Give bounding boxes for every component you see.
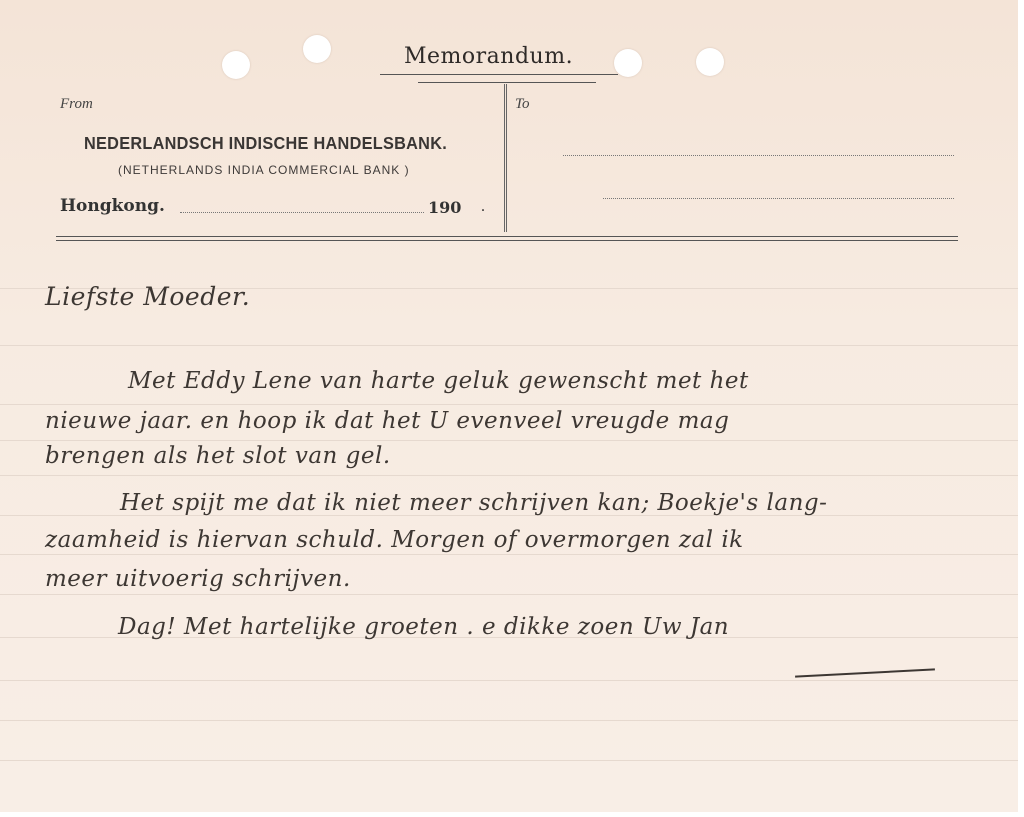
scan-edge — [0, 812, 1024, 817]
memo-title: Memorandum. — [404, 44, 573, 69]
ruled-line — [0, 475, 1018, 476]
to-address-line — [563, 155, 954, 156]
punch-hole — [614, 49, 642, 77]
letter-line: Met Eddy Lene van harte geluk gewenscht … — [128, 368, 749, 394]
punch-hole — [696, 48, 724, 76]
letter-line: brengen als het slot van gel. — [45, 443, 391, 469]
ruled-line — [0, 680, 1018, 681]
header-rule — [56, 240, 958, 241]
place-label: Hongkong. — [60, 196, 165, 216]
letter-line: nieuwe jaar. en hoop ik dat het U evenve… — [45, 408, 729, 434]
punch-hole — [222, 51, 250, 79]
ruled-line — [0, 440, 1018, 441]
ruled-line — [0, 760, 1018, 761]
punch-hole — [303, 35, 331, 63]
ruled-line — [0, 345, 1018, 346]
date-field — [180, 212, 424, 213]
salutation: Liefste Moeder. — [45, 282, 250, 311]
bank-name: NEDERLANDSCH INDISCHE HANDELSBANK. — [84, 133, 447, 154]
ruled-line — [0, 594, 1018, 595]
to-label: To — [515, 96, 529, 113]
to-address-line — [603, 198, 954, 199]
bank-name-english: (NETHERLANDS INDIA COMMERCIAL BANK ) — [118, 163, 410, 177]
ruled-line — [0, 554, 1018, 555]
year-suffix: . — [481, 198, 485, 216]
year-prefix: 190 — [428, 198, 461, 217]
title-underline — [380, 74, 618, 75]
letter-line: meer uitvoerig schrijven. — [45, 566, 351, 592]
letter-line: Het spijt me dat ik niet meer schrijven … — [120, 490, 827, 516]
title-underline — [418, 82, 596, 83]
letter-line: zaamheid is hiervan schuld. Morgen of ov… — [45, 527, 744, 553]
letter-closing: Dag! Met hartelijke groeten . e dikke zo… — [118, 614, 729, 640]
from-label: From — [60, 96, 93, 113]
header-divider — [504, 84, 507, 232]
scan-edge — [1018, 0, 1024, 817]
ruled-line — [0, 720, 1018, 721]
header-rule — [56, 236, 958, 237]
ruled-line — [0, 404, 1018, 405]
memorandum-paper: Memorandum. From To NEDERLANDSCH INDISCH… — [0, 0, 1018, 812]
signature-underline — [795, 668, 935, 677]
